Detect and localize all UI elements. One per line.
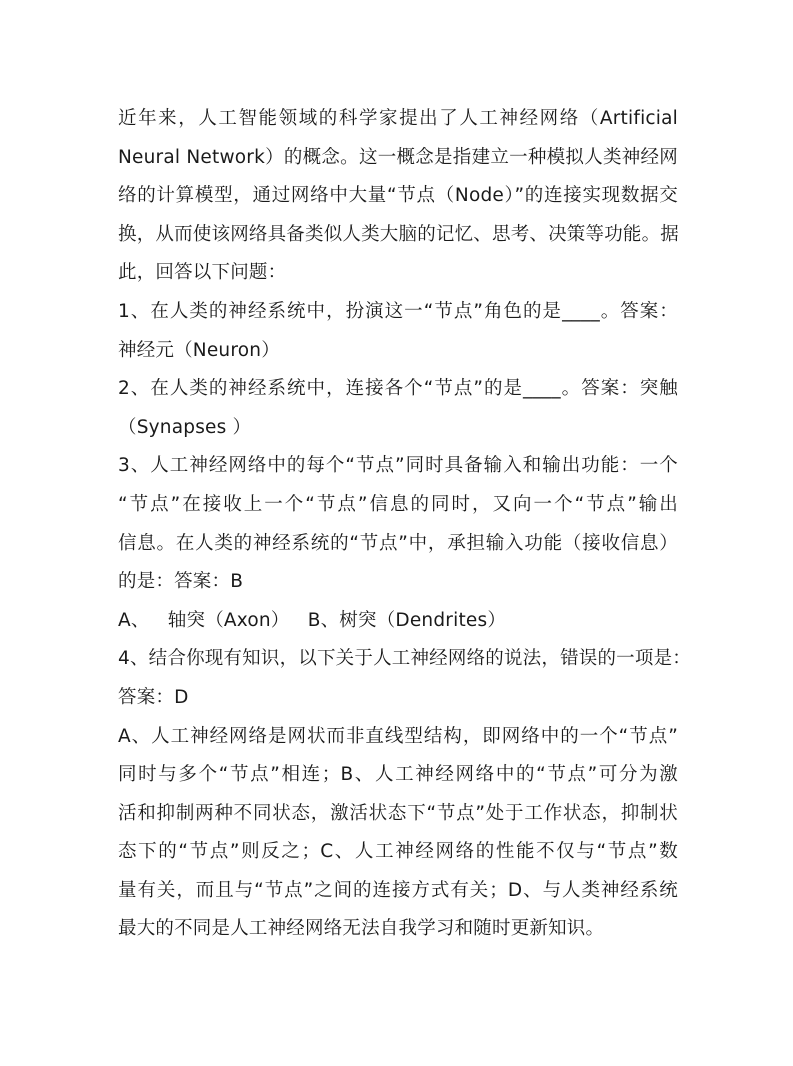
question-text: 信息。在人类的神经系统的“节点”中，承担输入功能（接收信息） [118, 525, 678, 564]
question-3: 3、人工神经网络中的每个“节点”同时具备输入和输出功能：一个 “节点”在接收上一… [118, 447, 678, 640]
intro-paragraph: 近年来，人工智能领域的科学家提出了人工神经网络（Artificial Neura… [118, 100, 678, 293]
question-2: 2、在人类的神经系统中，连接各个“节点”的是____。答案：突触 （Synaps… [118, 370, 678, 447]
option-text: A、人工神经网络是网状而非直线型结构，即网络中的一个“节点” [118, 718, 678, 757]
text-line: 此，回答以下问题： [118, 254, 678, 293]
answer-text: 的是：答案：B [118, 563, 678, 602]
text-line: 近年来，人工智能领域的科学家提出了人工神经网络（Artificial [118, 100, 678, 139]
question-text: “节点”在接收上一个“节点”信息的同时，又向一个“节点”输出 [118, 486, 678, 525]
answer-text: 答案：D [118, 679, 678, 718]
text-line: Neural Network）的概念。这一概念是指建立一种模拟人类神经网 [118, 139, 678, 178]
document-page: 近年来，人工智能领域的科学家提出了人工神经网络（Artificial Neura… [118, 100, 678, 949]
question-text: 2、在人类的神经系统中，连接各个“节点”的是____。答案：突触 [118, 370, 678, 409]
option-text: 最大的不同是人工神经网络无法自我学习和随时更新知识。 [118, 910, 678, 949]
question-1: 1、在人类的神经系统中，扮演这一“节点”角色的是____。答案： 神经元（Neu… [118, 293, 678, 370]
option-text: 同时与多个“节点”相连；B、人工神经网络中的“节点”可分为激 [118, 756, 678, 795]
options-line: A、 轴突（Axon） B、树突（Dendrites） [118, 602, 678, 641]
option-text: 量有关，而且与“节点”之间的连接方式有关；D、与人类神经系统 [118, 872, 678, 911]
answer-text: 神经元（Neuron） [118, 332, 678, 371]
text-line: 换，从而使该网络具备类似人类大脑的记忆、思考、决策等功能。据 [118, 216, 678, 255]
text-line: 络的计算模型，通过网络中大量“节点（Node）”的连接实现数据交 [118, 177, 678, 216]
question-text: 3、人工神经网络中的每个“节点”同时具备输入和输出功能：一个 [118, 447, 678, 486]
question-text: 1、在人类的神经系统中，扮演这一“节点”角色的是____。答案： [118, 293, 678, 332]
option-text: 活和抑制两种不同状态，激活状态下“节点”处于工作状态，抑制状 [118, 795, 678, 834]
answer-text: （Synapses ） [118, 409, 678, 448]
question-text: 4、结合你现有知识，以下关于人工神经网络的说法，错误的一项是： [118, 640, 678, 679]
question-4: 4、结合你现有知识，以下关于人工神经网络的说法，错误的一项是： 答案：D A、人… [118, 640, 678, 949]
option-text: 态下的“节点”则反之；C、人工神经网络的性能不仅与“节点”数 [118, 833, 678, 872]
